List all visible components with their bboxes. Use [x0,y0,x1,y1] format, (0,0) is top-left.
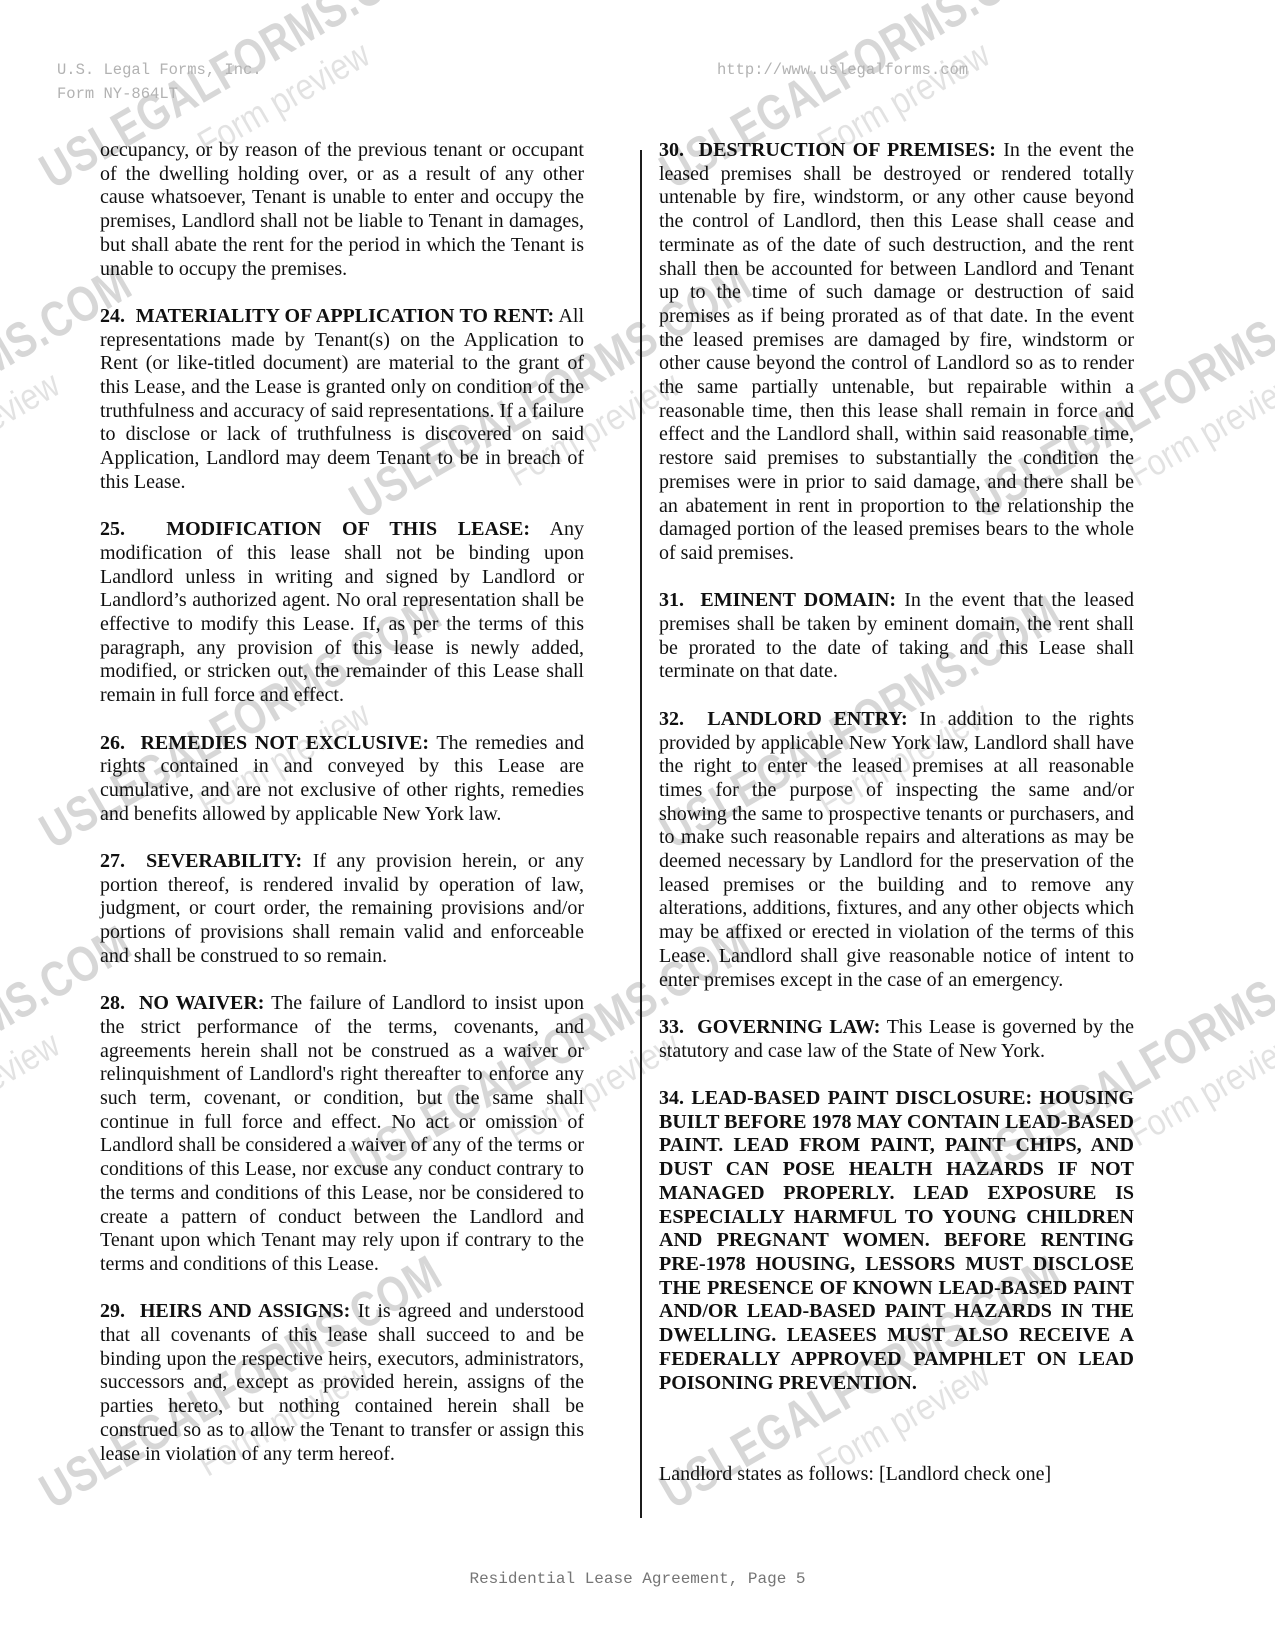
section-26-heading: 26. REMEDIES NOT EXCLUSIVE: [100,732,429,754]
section-25-body: Any modification of this lease shall not… [100,518,584,706]
section-32: 32. LANDLORD ENTRY: In addition to the r… [659,708,1134,992]
section-27: 27. SEVERABILITY: If any provision herei… [100,850,584,969]
landlord-statement-line: Landlord states as follows: [Landlord ch… [659,1463,1134,1487]
page-footer: Residential Lease Agreement, Page 5 [0,1570,1275,1588]
intro-paragraph: occupancy, or by reason of the previous … [100,139,584,281]
section-29-heading: 29. HEIRS AND ASSIGNS: [100,1300,350,1322]
left-column: occupancy, or by reason of the previous … [100,139,584,1490]
section-33-heading: 33. GOVERNING LAW: [659,1016,880,1038]
watermark-secondary-text: Form preview [1121,282,1275,495]
section-27-heading: 27. SEVERABILITY: [100,850,302,872]
section-30: 30. DESTRUCTION OF PREMISES: In the even… [659,139,1134,566]
watermark-tile: USLEGALFORMS.COMForm preview [1270,0,1275,240]
watermark-primary-text: USLEGALFORMS.COM [1270,0,1275,200]
column-divider [640,150,642,1518]
section-34-body: HOUSING BUILT BEFORE 1978 MAY CONTAIN LE… [659,1087,1134,1393]
section-32-body: In addition to the rights provided by ap… [659,708,1134,991]
section-30-heading: 30. DESTRUCTION OF PREMISES: [659,139,996,161]
section-29-body: It is agreed and understood that all cov… [100,1300,584,1464]
section-24-heading: 24. MATERIALITY OF APPLICATION TO RENT: [100,305,554,327]
section-32-heading: 32. LANDLORD ENTRY: [659,708,908,730]
section-33: 33. GOVERNING LAW: This Lease is governe… [659,1016,1134,1063]
header-url: http://www.uslegalforms.com [717,58,968,82]
section-28-body: The failure of Landlord to insist upon t… [100,992,584,1275]
section-24-body: All representations made by Tenant(s) on… [100,305,584,493]
section-29: 29. HEIRS AND ASSIGNS: It is agreed and … [100,1300,584,1466]
watermark-primary-text: USLEGALFORMS.COM [1270,1244,1275,1521]
section-34-heading: 34. LEAD-BASED PAINT DISCLOSURE: [659,1087,1032,1109]
section-31-heading: 31. EMINENT DOMAIN: [659,589,896,611]
section-24: 24. MATERIALITY OF APPLICATION TO RENT: … [100,305,584,495]
section-28: 28. NO WAIVER: The failure of Landlord t… [100,992,584,1276]
header-left: U.S. Legal Forms, Inc.Form NY-864LT [57,58,262,106]
section-25-heading: 25. MODIFICATION OF THIS LEASE: [100,518,530,540]
intro-text: occupancy, or by reason of the previous … [100,139,584,280]
watermark-primary-text: USLEGALFORMS.COM [1270,584,1275,861]
watermark-secondary-text: Form preview [1121,942,1275,1155]
right-column: 30. DESTRUCTION OF PREMISES: In the even… [659,139,1134,1511]
watermark-tile: USLEGALFORMS.COMForm preview [1270,1187,1275,1560]
section-31: 31. EMINENT DOMAIN: In the event that th… [659,589,1134,684]
document-page: USLEGALFORMS.COMForm previewUSLEGALFORMS… [0,0,1275,1650]
watermark-tile: USLEGALFORMS.COMForm preview [1270,527,1275,900]
header-form-number: Form NY-864LT [57,85,178,103]
section-26: 26. REMEDIES NOT EXCLUSIVE: The remedies… [100,732,584,827]
landlord-statement-text: Landlord states as follows: [Landlord ch… [659,1463,1051,1485]
header-company: U.S. Legal Forms, Inc. [57,61,262,79]
section-28-heading: 28. NO WAIVER: [100,992,264,1014]
section-25: 25. MODIFICATION OF THIS LEASE: Any modi… [100,518,584,708]
section-30-body: In the event the leased premises shall b… [659,139,1134,564]
section-34: 34. LEAD-BASED PAINT DISCLOSURE: HOUSING… [659,1087,1134,1395]
